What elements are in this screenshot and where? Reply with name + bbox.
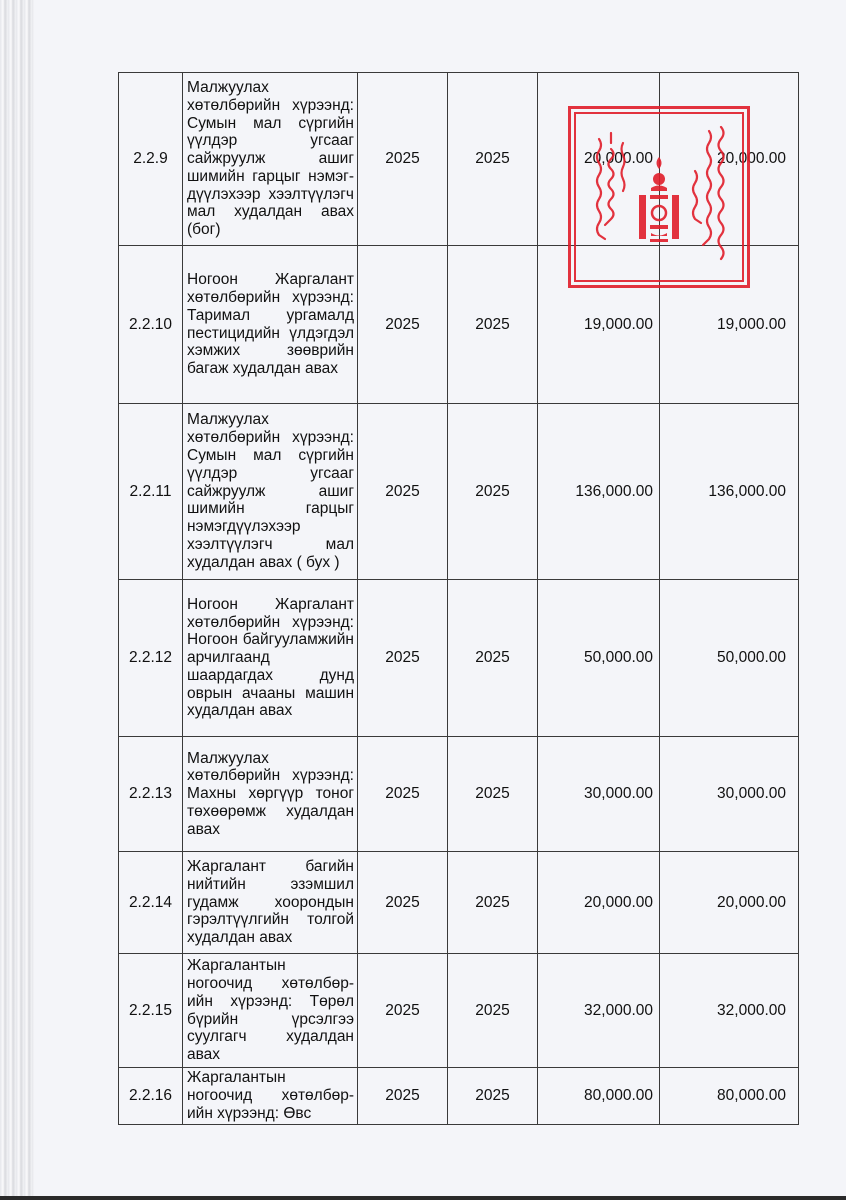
table-row: 2.2.12Ногоон Жаргалант хөтөлбөрийн хүрээ… xyxy=(119,580,799,737)
row-code: 2.2.12 xyxy=(119,580,183,737)
row-end-year: 2025 xyxy=(448,737,538,852)
row-description: Жаргалант багийн нийтийн эзэмшил гудамж … xyxy=(183,852,358,954)
row-amount: 19,000.00 xyxy=(538,246,660,404)
row-end-year: 2025 xyxy=(448,954,538,1068)
row-end-year: 2025 xyxy=(448,246,538,404)
row-amount-total: 136,000.00 xyxy=(660,404,799,580)
row-amount: 50,000.00 xyxy=(538,580,660,737)
row-code: 2.2.13 xyxy=(119,737,183,852)
table-row: 2.2.13Малжуулах хөтөлбөрийн хүрээнд: Мах… xyxy=(119,737,799,852)
row-start-year: 2025 xyxy=(358,404,448,580)
row-code: 2.2.15 xyxy=(119,954,183,1068)
row-amount: 30,000.00 xyxy=(538,737,660,852)
row-start-year: 2025 xyxy=(358,852,448,954)
row-end-year: 2025 xyxy=(448,852,538,954)
table-row: 2.2.10Ногоон Жаргалант хөтөлбөрийн хүрээ… xyxy=(119,246,799,404)
row-start-year: 2025 xyxy=(358,954,448,1068)
row-code: 2.2.16 xyxy=(119,1068,183,1125)
scan-bottom-edge xyxy=(0,1196,846,1200)
row-amount-total: 20,000.00 xyxy=(660,852,799,954)
budget-table: 2.2.9Малжуулах хөтөлбөрийн хүрээнд: Сумы… xyxy=(118,72,799,1125)
row-description: Малжуулах хөтөлбөрийн хүрээнд: Махны хөр… xyxy=(183,737,358,852)
row-code: 2.2.14 xyxy=(119,852,183,954)
row-start-year: 2025 xyxy=(358,1068,448,1125)
row-amount-total: 50,000.00 xyxy=(660,580,799,737)
row-start-year: 2025 xyxy=(358,580,448,737)
row-amount-total: 30,000.00 xyxy=(660,737,799,852)
row-amount-total: 19,000.00 xyxy=(660,246,799,404)
row-end-year: 2025 xyxy=(448,580,538,737)
row-end-year: 2025 xyxy=(448,404,538,580)
row-code: 2.2.9 xyxy=(119,73,183,246)
row-amount-total: 20,000.00 xyxy=(660,73,799,246)
row-end-year: 2025 xyxy=(448,1068,538,1125)
row-code: 2.2.11 xyxy=(119,404,183,580)
row-amount-total: 80,000.00 xyxy=(660,1068,799,1125)
row-start-year: 2025 xyxy=(358,737,448,852)
table-row: 2.2.14Жаргалант багийн нийтийн эзэмшил г… xyxy=(119,852,799,954)
table-row: 2.2.15Жаргалантын ногоочид хөтөлбөр-ийн … xyxy=(119,954,799,1068)
row-end-year: 2025 xyxy=(448,73,538,246)
row-amount: 32,000.00 xyxy=(538,954,660,1068)
row-description: Ногоон Жаргалант хөтөлбөрийн хүрээнд: Та… xyxy=(183,246,358,404)
scanned-page-edge xyxy=(0,0,34,1200)
row-code: 2.2.10 xyxy=(119,246,183,404)
row-start-year: 2025 xyxy=(358,246,448,404)
row-description: Малжуулах хөтөлбөрийн хүрээнд: Сумын мал… xyxy=(183,404,358,580)
row-description: Малжуулах хөтөлбөрийн хүрээнд: Сумын мал… xyxy=(183,73,358,246)
row-amount: 20,000.00 xyxy=(538,852,660,954)
row-amount-total: 32,000.00 xyxy=(660,954,799,1068)
row-description: Жаргалантын ногоочид хөтөлбөр-ийн хүрээн… xyxy=(183,1068,358,1125)
row-amount: 136,000.00 xyxy=(538,404,660,580)
table-row: 2.2.11Малжуулах хөтөлбөрийн хүрээнд: Сум… xyxy=(119,404,799,580)
row-start-year: 2025 xyxy=(358,73,448,246)
row-amount: 20,000.00 xyxy=(538,73,660,246)
row-amount: 80,000.00 xyxy=(538,1068,660,1125)
table-row: 2.2.16Жаргалантын ногоочид хөтөлбөр-ийн … xyxy=(119,1068,799,1125)
table-row: 2.2.9Малжуулах хөтөлбөрийн хүрээнд: Сумы… xyxy=(119,73,799,246)
row-description: Ногоон Жаргалант хөтөлбөрийн хүрээнд: Но… xyxy=(183,580,358,737)
row-description: Жаргалантын ногоочид хөтөлбөр-ийн хүрээн… xyxy=(183,954,358,1068)
